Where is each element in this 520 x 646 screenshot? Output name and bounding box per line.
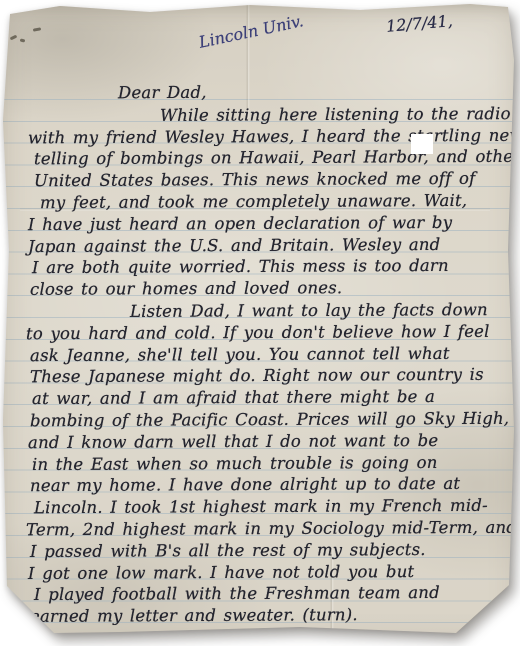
letter-lines: Dear Dad,While sitting here listening to…	[0, 0, 520, 646]
letter-line: Term, 2nd highest mark in my Sociology m…	[26, 518, 517, 541]
letter-line: While sitting here listening to the radi…	[160, 104, 511, 126]
letter-line: in the East when so much trouble is goin…	[32, 453, 438, 475]
letter-line: Dear Dad,	[118, 83, 207, 103]
letter-line: bombing of the Pacific Coast. Prices wil…	[30, 409, 509, 432]
letter-line: and I know darn well that I do not want …	[28, 431, 438, 453]
letter-line: These Japanese might do. Right now our c…	[30, 365, 484, 387]
letter-line: Lincoln. I took 1st highest mark in my F…	[34, 496, 488, 518]
letter-line: close to our homes and loved ones.	[30, 278, 342, 300]
letter-line: I got one low mark. I have not told you …	[28, 562, 414, 584]
paper-shadow-wrap: Lincoln Univ. 12/7/41, Dear Dad,While si…	[0, 0, 520, 646]
letter-line: at war, and I am afraid that there might…	[32, 387, 435, 409]
letter-line: Japan against the U.S. and Britain. Wesl…	[28, 235, 441, 257]
letter-line: I are both quite worried. This mess is t…	[32, 256, 449, 278]
letter-line: I have just heard an open declaration of…	[28, 213, 452, 235]
letter-line: to you hard and cold. If you don't belie…	[26, 322, 490, 344]
letter-line: near my home. I have done alright up to …	[30, 474, 460, 496]
letter-photo: { "colors": { "background": "#ffffff", "…	[0, 0, 520, 646]
letter-line: United States bases. This news knocked m…	[34, 169, 475, 191]
letter-line: earned my letter and sweater. (turn).	[30, 605, 358, 627]
letter-line: Listen Dad, I want to lay the facts down	[130, 300, 488, 322]
letter-line: I passed with B's all the rest of my sub…	[30, 540, 426, 562]
letter-line: my feet, and took me completely unaware.…	[40, 191, 467, 213]
paper: Lincoln Univ. 12/7/41, Dear Dad,While si…	[0, 0, 520, 646]
letter-line: with my friend Wesley Hawes, I heard the…	[28, 126, 520, 149]
letter-line: I played football with the Freshman team…	[34, 583, 440, 605]
letter-line: ask Jeanne, she'll tell you. You cannot …	[30, 344, 450, 366]
letter-line: telling of bombings on Hawaii, Pearl Har…	[34, 147, 520, 170]
correction-patch	[411, 134, 433, 154]
